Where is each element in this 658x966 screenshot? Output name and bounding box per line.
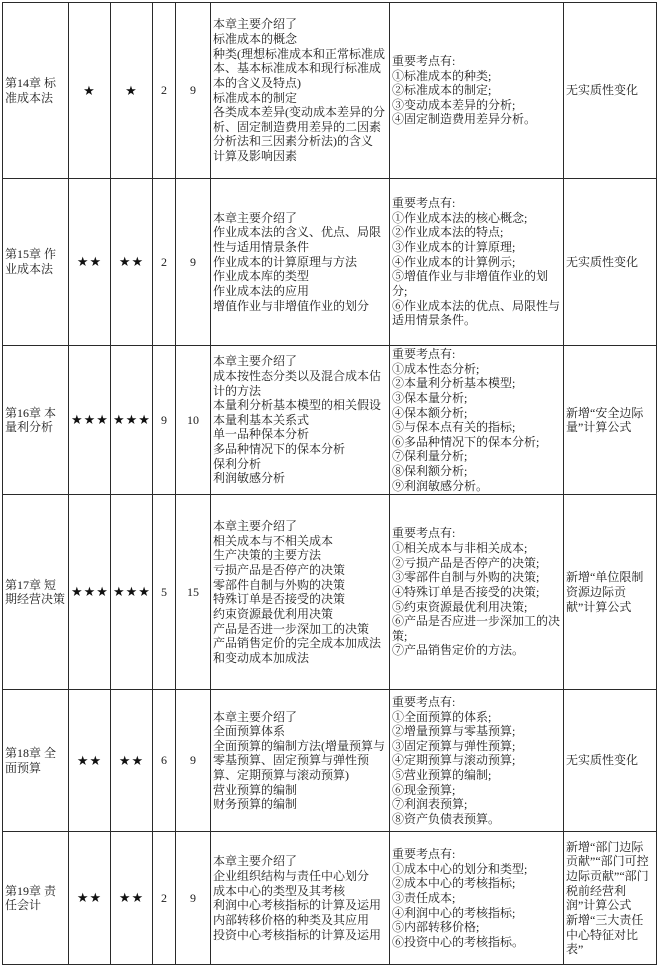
- star-rating-1: ★★: [69, 179, 111, 346]
- score-value-1: 2: [153, 179, 176, 346]
- score-value-1: 6: [153, 690, 176, 832]
- score-value-2: 15: [176, 495, 211, 690]
- chapter-title: 第14章 标准成本法: [3, 3, 69, 179]
- key-exam-points: 重要考点有: ①成本性态分析; ②本量利分析基本模型; ③保本量分析; ④保本额…: [390, 346, 564, 495]
- key-exam-points: 重要考点有: ①成本中心的划分和类型; ②成本中心的考核指标; ③责任成本; ④…: [390, 832, 564, 965]
- score-value-1: 9: [153, 346, 176, 495]
- star-rating-1: ★★: [69, 690, 111, 832]
- change-note: 新增“安全边际量”计算公式: [564, 346, 657, 495]
- key-exam-points: 重要考点有: ①标准成本的种类; ②标准成本的制定; ③变动成本差异的分析; ④…: [390, 3, 564, 179]
- chapter-comparison-table: 第14章 标准成本法 ★ ★ 2 9 本章主要介绍了 标准成本的概念 种类(理想…: [2, 2, 657, 965]
- score-value-2: 9: [176, 690, 211, 832]
- chapter-title: 第16章 本量利分析: [3, 346, 69, 495]
- star-rating-1: ★★: [69, 832, 111, 965]
- score-value-2: 9: [176, 179, 211, 346]
- table-row-chapter-15: 第15章 作业成本法 ★★ ★★ 2 9 本章主要介绍了 作业成本法的含义、优点…: [3, 179, 657, 346]
- table-row-chapter-18: 第18章 全面预算 ★★ ★★ 6 9 本章主要介绍了 全面预算体系 全面预算的…: [3, 690, 657, 832]
- score-value-1: 2: [153, 832, 176, 965]
- chapter-title: 第18章 全面预算: [3, 690, 69, 832]
- chapter-summary: 本章主要介绍了 相关成本与不相关成本 生产决策的主要方法 亏损产品是否停产的决策…: [211, 495, 390, 690]
- change-note: 无实质性变化: [564, 179, 657, 346]
- star-rating-1: ★★★: [69, 346, 111, 495]
- chapter-summary: 本章主要介绍了 成本按性态分类以及混合成本估计的方法 本量利分析基本模型的相关假…: [211, 346, 390, 495]
- chapter-summary: 本章主要介绍了 全面预算体系 全面预算的编制方法(增量预算与零基预算、固定预算与…: [211, 690, 390, 832]
- star-rating-2: ★★: [111, 832, 153, 965]
- star-rating-2: ★★: [111, 179, 153, 346]
- chapter-title: 第19章 责任会计: [3, 832, 69, 965]
- document-page: 第14章 标准成本法 ★ ★ 2 9 本章主要介绍了 标准成本的概念 种类(理想…: [0, 0, 658, 966]
- chapter-summary: 本章主要介绍了 企业组织结构与责任中心划分 成本中心的类型及其考核 利润中心考核…: [211, 832, 390, 965]
- score-value-2: 9: [176, 3, 211, 179]
- chapter-summary: 本章主要介绍了 标准成本的概念 种类(理想标准成本和正常标准成本、基本标准成本和…: [211, 3, 390, 179]
- change-note: 新增“单位限制资源边际贡献”计算公式: [564, 495, 657, 690]
- chapter-title: 第17章 短期经营决策: [3, 495, 69, 690]
- table-row-chapter-14: 第14章 标准成本法 ★ ★ 2 9 本章主要介绍了 标准成本的概念 种类(理想…: [3, 3, 657, 179]
- star-rating-2: ★: [111, 3, 153, 179]
- score-value-1: 5: [153, 495, 176, 690]
- chapter-title: 第15章 作业成本法: [3, 179, 69, 346]
- score-value-1: 2: [153, 3, 176, 179]
- key-exam-points: 重要考点有: ①相关成本与非相关成本; ②亏损产品是否停产的决策; ③零部件自制…: [390, 495, 564, 690]
- star-rating-2: ★★★: [111, 495, 153, 690]
- key-exam-points: 重要考点有: ①全面预算的体系; ②增量预算与零基预算; ③固定预算与弹性预算;…: [390, 690, 564, 832]
- score-value-2: 9: [176, 832, 211, 965]
- table-row-chapter-19: 第19章 责任会计 ★★ ★★ 2 9 本章主要介绍了 企业组织结构与责任中心划…: [3, 832, 657, 965]
- change-note: 无实质性变化: [564, 690, 657, 832]
- star-rating-2: ★★★: [111, 346, 153, 495]
- star-rating-1: ★: [69, 3, 111, 179]
- chapter-summary: 本章主要介绍了 作业成本法的含义、优点、局限性与适用情景条件 作业成本的计算原理…: [211, 179, 390, 346]
- key-exam-points: 重要考点有: ①作业成本法的核心概念; ②作业成本法的特点; ③作业成本的计算原…: [390, 179, 564, 346]
- change-note: 新增“部门边际贡献”“部门可控边际贡献”“部门税前经营利润”计算公式 新增“三大…: [564, 832, 657, 965]
- score-value-2: 10: [176, 346, 211, 495]
- table-row-chapter-17: 第17章 短期经营决策 ★★★ ★★★ 5 15 本章主要介绍了 相关成本与不相…: [3, 495, 657, 690]
- star-rating-2: ★★: [111, 690, 153, 832]
- table-row-chapter-16: 第16章 本量利分析 ★★★ ★★★ 9 10 本章主要介绍了 成本按性态分类以…: [3, 346, 657, 495]
- change-note: 无实质性变化: [564, 3, 657, 179]
- star-rating-1: ★★★: [69, 495, 111, 690]
